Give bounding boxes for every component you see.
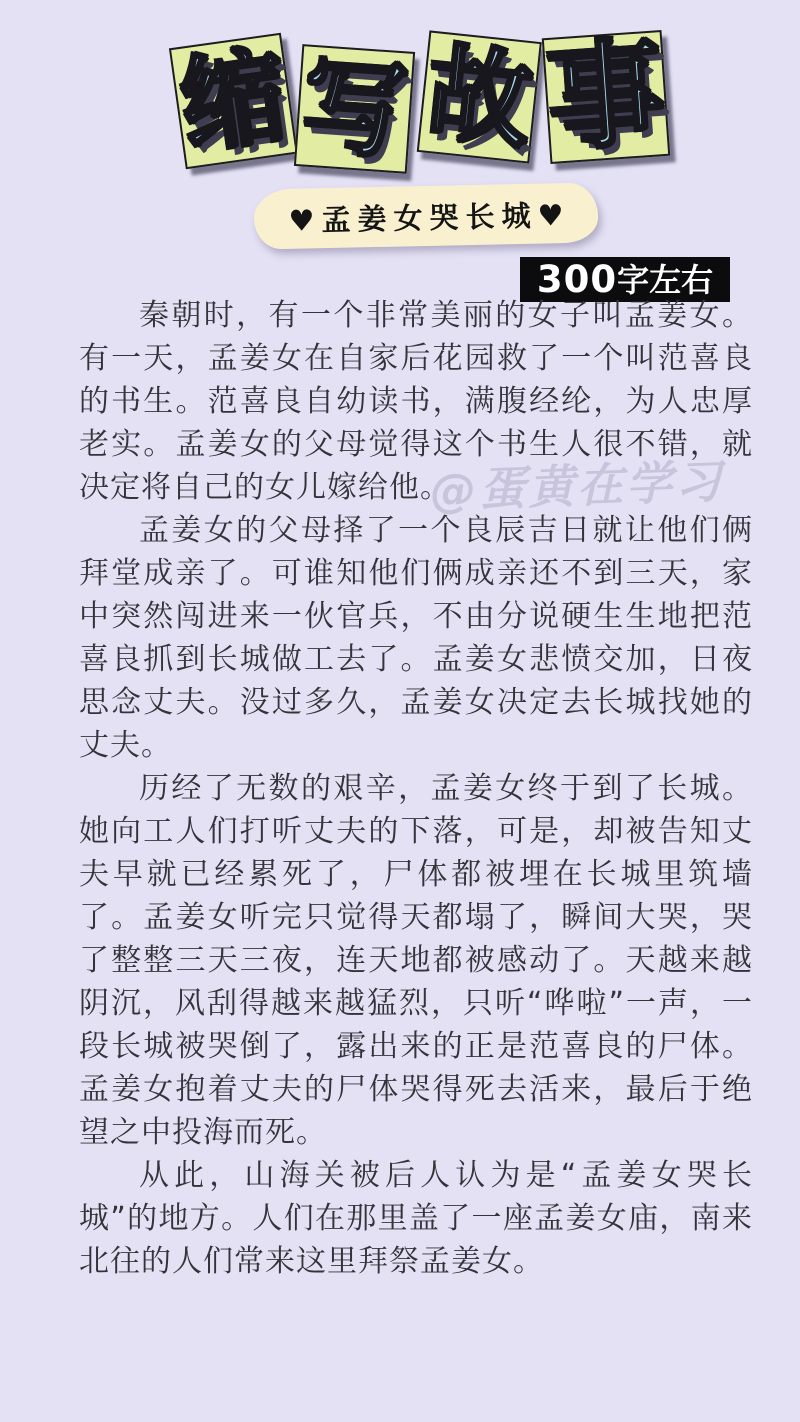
story-poster: 缩 写 故 事 ♥孟姜女哭长城♥ 300 字左右 秦朝时，有一个非常美丽的女子叫…	[0, 0, 800, 1422]
story-paragraph-2: 孟姜女的父母择了一个良辰吉日就让他们俩拜堂成亲了。可谁知他们俩成亲还不到三天，家…	[79, 509, 753, 767]
title-char: 故	[422, 40, 536, 154]
story-body: 秦朝时，有一个非常美丽的女子叫孟姜女。有一天，孟姜女在自家后花园救了一个叫范喜良…	[79, 294, 753, 1283]
title-card: 事	[542, 30, 670, 164]
word-count-suffix: 字左右	[617, 264, 713, 296]
story-paragraph-3: 历经了无数的艰辛，孟姜女终于到了长城。她向工人们打听丈夫的下落，可是，却被告知丈…	[79, 767, 753, 1154]
title-char: 写	[300, 53, 411, 164]
story-paragraph-4: 从此，山海关被后人认为是“孟姜女哭长城”的地方。人们在那里盖了一座孟姜女庙，南来…	[79, 1154, 753, 1283]
title-char: 缩	[175, 42, 292, 159]
word-count-number: 300	[537, 261, 617, 298]
subtitle-text: ♥孟姜女哭长城♥	[281, 192, 571, 239]
page-title: 缩 写 故 事	[176, 34, 666, 160]
title-card: 缩	[169, 33, 298, 170]
subtitle-badge: ♥孟姜女哭长城♥	[253, 182, 598, 249]
title-char: 事	[544, 35, 668, 159]
title-card: 故	[416, 30, 541, 163]
title-card: 写	[294, 44, 416, 174]
story-paragraph-1: 秦朝时，有一个非常美丽的女子叫孟姜女。有一天，孟姜女在自家后花园救了一个叫范喜良…	[79, 294, 753, 509]
